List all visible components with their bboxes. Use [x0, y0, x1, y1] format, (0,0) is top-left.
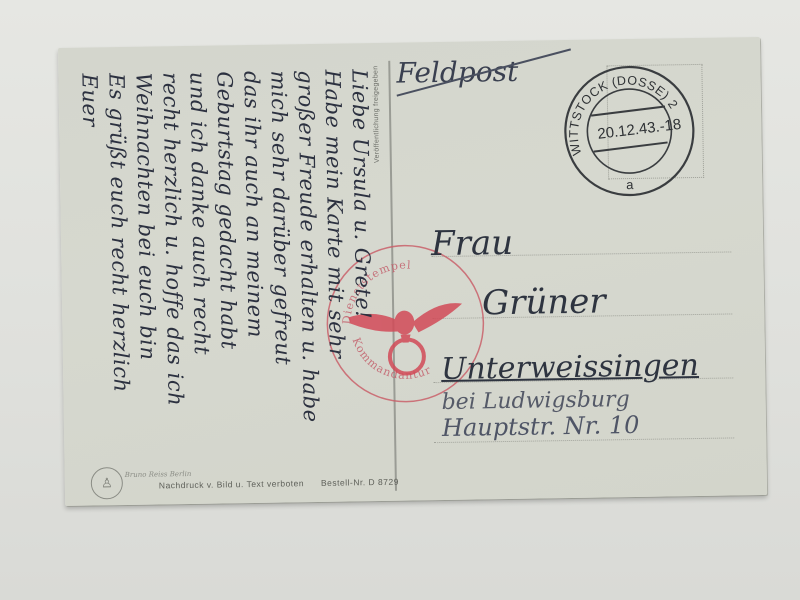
order-number: Bestell-Nr. D 8729 [321, 477, 399, 488]
postmark-ring-text: WITTSTOCK (DOSSE) 2 [566, 72, 682, 157]
postmark-icon: WITTSTOCK (DOSSE) 2 20.12.43.-18 a [558, 60, 700, 202]
postcard: Veröffentlichung freigegeben WITTSTOCK (… [58, 37, 767, 506]
address-name: Grüner [482, 281, 606, 323]
postmark-date: 20.12.43.-18 [597, 116, 683, 143]
handwritten-message: Liebe Ursula u. Grete! Habe mein Karte m… [82, 69, 378, 484]
publisher-name: Bruno Reiss Berlin [125, 470, 192, 480]
address-street: Hauptstr. Nr. 10 [442, 411, 640, 442]
feldpost-handwriting: Feldpost [396, 55, 518, 90]
address-town: Unterweissingen [441, 348, 699, 387]
svg-text:WITTSTOCK (DOSSE) 2: WITTSTOCK (DOSSE) 2 [566, 72, 682, 157]
reprint-notice: Nachdruck v. Bild u. Text verboten [159, 478, 304, 490]
postmark-sub-letter: a [626, 177, 634, 192]
address-salutation: Frau [431, 223, 514, 264]
publisher-logo-icon: ♙ [91, 467, 123, 499]
